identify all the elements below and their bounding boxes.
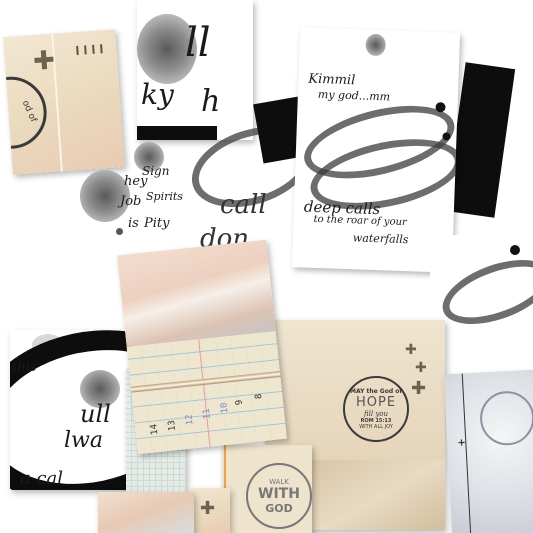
faded-postmark-stamp (479, 390, 533, 447)
script-text: Pity (144, 216, 169, 231)
stamp-bottom-text: WITH ALL JOY (359, 424, 393, 430)
cross-stamp-icon: + (457, 437, 466, 448)
ledger-number: 12 (184, 414, 195, 426)
tick-mark (76, 46, 79, 55)
cross-stamp-icon: ✚ (32, 46, 56, 77)
stamp-center-text: HOPE (356, 395, 396, 410)
script-text: to the roar of your (313, 214, 407, 228)
script-text: is (128, 216, 139, 231)
grey-stamped-paper: + (444, 370, 533, 533)
walk-with-god-stamp: WALK WITH GOD (246, 463, 312, 529)
tick-mark (84, 45, 87, 54)
script-text: Spirits (146, 190, 183, 203)
cross-stamp-icon: ✚ (415, 360, 427, 376)
script-text: my god...mm (318, 88, 391, 104)
ledger-paper: 14 13 12 11 10 9 8 (127, 331, 287, 454)
partial-postmark-stamp: od of (3, 74, 49, 151)
hope-postmark-stamp: MAY the God of HOPE fill you ROM 15:13 W… (343, 376, 409, 442)
script-text: Kimmil (308, 72, 355, 89)
script-text: call (220, 190, 267, 220)
stamp-top-text: WALK (269, 478, 289, 486)
crumpled-paper (295, 460, 445, 530)
pastel-strip-bottom (98, 492, 194, 533)
script-text: Sign (142, 164, 169, 178)
ink-brush-stroke (137, 126, 217, 140)
script-text: ky (141, 78, 174, 111)
stamp-sub-text: GOD (265, 502, 293, 515)
script-text: h (201, 84, 220, 119)
ink-brush-loop (10, 330, 132, 490)
ledger-number: 10 (219, 402, 230, 414)
script-text: ll (185, 20, 211, 66)
ink-card-top-center: ll ky h (137, 0, 253, 140)
pastel-paint-area (117, 240, 276, 347)
script-text: lwa (64, 428, 103, 453)
ledger-number: 14 (149, 423, 160, 435)
ledger-pastel-card: 14 13 12 11 10 9 8 (117, 240, 287, 455)
ink-blot (365, 34, 386, 57)
stamp-text: od of (19, 99, 37, 124)
ledger-number: 9 (234, 399, 245, 405)
script-text: ull (80, 400, 111, 428)
kraft-card-bottom: ✚ (190, 488, 230, 533)
stamp-center-text: WITH (258, 486, 300, 502)
ink-card-far-right (430, 235, 533, 355)
ledger-number: 8 (254, 393, 265, 399)
ink-splatter (510, 245, 520, 255)
charcoal-scribble (434, 247, 533, 337)
ink-dot (116, 228, 123, 235)
script-text: a cal (20, 468, 63, 489)
script-text: waterfalls (353, 231, 409, 246)
cross-stamp-icon: ✚ (405, 342, 417, 358)
vertical-rule (462, 373, 472, 533)
script-text: this (12, 360, 36, 375)
ledger-number: 11 (202, 408, 213, 420)
stamp-sub-text: fill you (364, 410, 388, 418)
ink-card-bottom-left: this ull lwa a cal (10, 330, 132, 490)
script-text: Job (120, 194, 141, 209)
ledger-number: 13 (167, 420, 178, 432)
cross-stamp-icon: ✚ (411, 378, 426, 399)
tick-mark (100, 44, 103, 53)
red-margin-line (198, 339, 210, 447)
kraft-panel-walk: WALK WITH GOD (222, 445, 312, 533)
torn-fold (131, 371, 281, 393)
stamp-top-text: MAY the God of (350, 388, 402, 395)
tick-mark (92, 45, 95, 54)
ink-splatter (435, 102, 445, 112)
cross-stamp-icon: ✚ (200, 498, 215, 519)
